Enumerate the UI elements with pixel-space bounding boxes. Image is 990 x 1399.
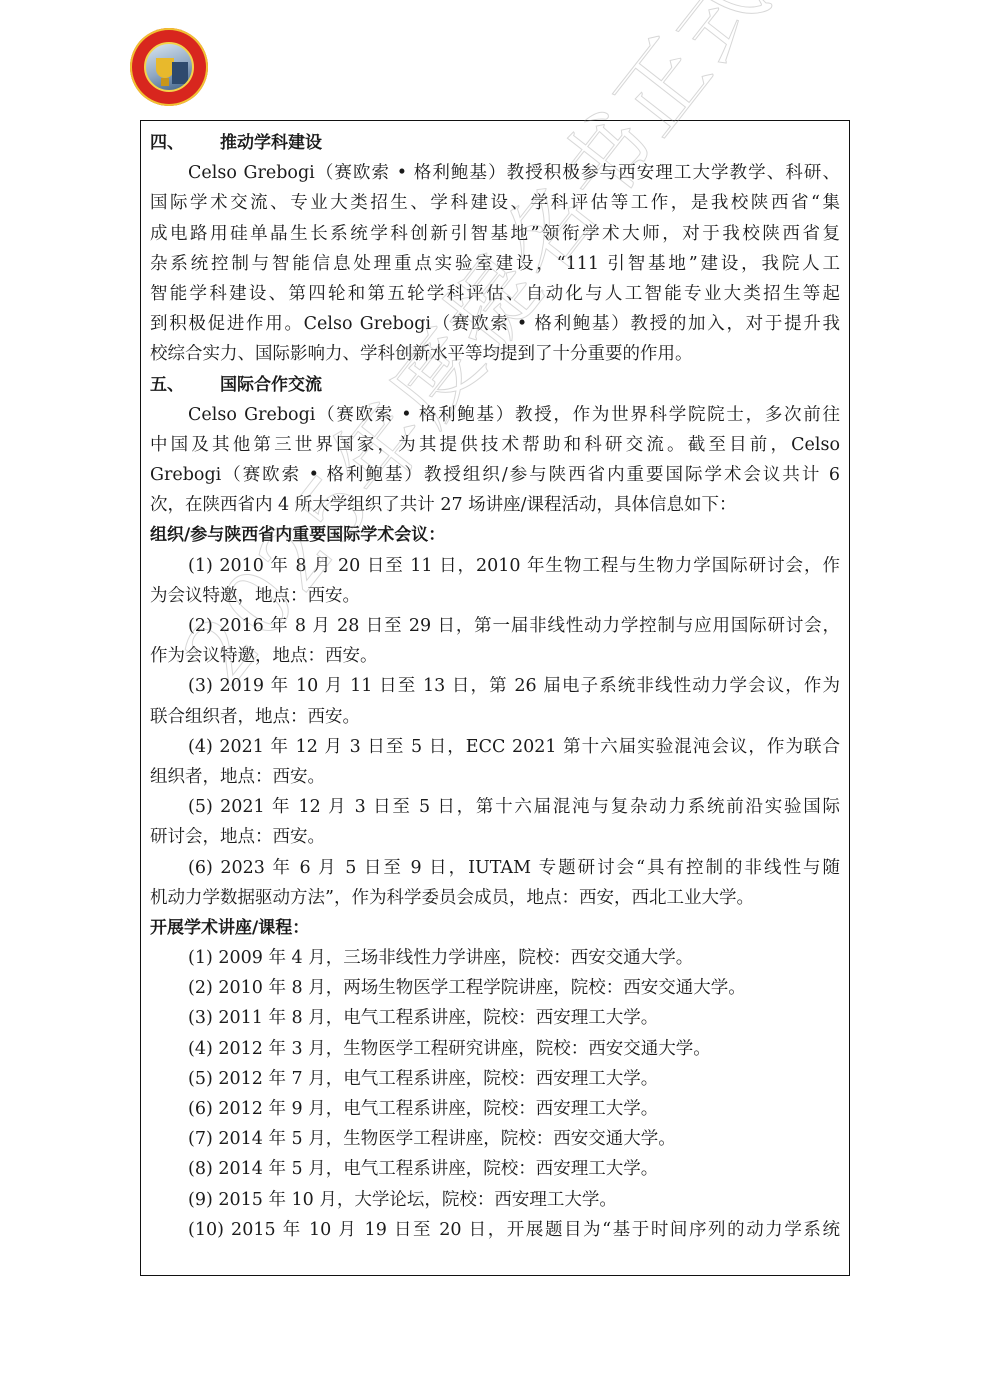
section-heading-5: 五、国际合作交流 xyxy=(150,370,840,400)
section-title: 推动学科建设 xyxy=(220,133,322,153)
conference-item-cont: 为会议特邀，地点：西安。 xyxy=(150,581,840,611)
paragraph-line: 中国及其他第三世界国家，为其提供技术帮助和科研交流。截至目前，Celso xyxy=(150,430,840,460)
lecture-item: (1) 2009 年 4 月，三场非线性力学讲座，院校：西安交通大学。 xyxy=(150,943,840,973)
paragraph-line: Grebogi（赛欧索 • 格利鲍基）教授组织/参与陕西省内重要国际学术会议共计… xyxy=(150,460,840,490)
paragraph-line: 到积极促进作用。Celso Grebogi（赛欧索 • 格利鲍基）教授的加入，对… xyxy=(150,309,840,339)
conference-item: (5) 2021 年 12 月 3 日至 5 日，第十六届混沌与复杂动力系统前沿… xyxy=(150,792,840,822)
lecture-item: (6) 2012 年 9 月，电气工程系讲座，院校：西安理工大学。 xyxy=(150,1094,840,1124)
lecture-item: (4) 2012 年 3 月，生物医学工程研究讲座，院校：西安交通大学。 xyxy=(150,1034,840,1064)
document-body: 四、推动学科建设 Celso Grebogi（赛欧索 • 格利鲍基）教授积极参与… xyxy=(150,128,840,1245)
conferences-heading: 组织/参与陕西省内重要国际学术会议： xyxy=(150,520,840,550)
conference-item: (2) 2016 年 8 月 28 日至 29 日，第一届非线性动力学控制与应用… xyxy=(150,611,840,641)
conference-item-cont: 机动力学数据驱动方法”，作为科学委员会成员，地点：西安，西北工业大学。 xyxy=(150,883,840,913)
conference-item: (3) 2019 年 10 月 11 日至 13 日，第 26 届电子系统非线性… xyxy=(150,671,840,701)
paragraph-line: Celso Grebogi（赛欧索 • 格利鲍基）教授，作为世界科学院院士，多次… xyxy=(150,400,840,430)
building-icon xyxy=(172,62,188,84)
paragraph-line: 次，在陕西省内 4 所大学组织了共计 27 场讲座/课程活动，具体信息如下： xyxy=(150,490,840,520)
logo-emblem xyxy=(144,42,194,92)
paragraph-line: 成电路用硅单晶生长系统学科创新引智基地”领衔学术大师，对于我校陕西省复 xyxy=(150,219,840,249)
lecture-item: (7) 2014 年 5 月，生物医学工程讲座，院校：西安交通大学。 xyxy=(150,1124,840,1154)
conference-item-cont: 作为会议特邀，地点：西安。 xyxy=(150,641,840,671)
trophy-base xyxy=(161,78,169,86)
paragraph-line: 校综合实力、国际影响力、学科创新水平等均提到了十分重要的作用。 xyxy=(150,339,840,369)
lecture-item: (10) 2015 年 10 月 19 日至 20 日，开展题目为“基于时间序列… xyxy=(150,1215,840,1245)
conference-item-cont: 联合组织者，地点：西安。 xyxy=(150,702,840,732)
conference-item: (1) 2010 年 8 月 20 日至 11 日，2010 年生物工程与生物力… xyxy=(150,551,840,581)
conference-item-cont: 研讨会，地点：西安。 xyxy=(150,822,840,852)
paragraph-line: 杂系统控制与智能信息处理重点实验室建设，“111 引智基地”建设，我院人工 xyxy=(150,249,840,279)
section-number: 四、 xyxy=(150,128,220,158)
section-heading-4: 四、推动学科建设 xyxy=(150,128,840,158)
lecture-item: (5) 2012 年 7 月，电气工程系讲座，院校：西安理工大学。 xyxy=(150,1064,840,1094)
organization-logo xyxy=(130,28,208,106)
paragraph-line: 智能学科建设、第四轮和第五轮学科评估、自动化与人工智能专业大类招生等起 xyxy=(150,279,840,309)
conference-item: (6) 2023 年 6 月 5 日至 9 日，IUTAM 专题研讨会“具有控制… xyxy=(150,853,840,883)
paragraph-line: Celso Grebogi（赛欧索 • 格利鲍基）教授积极参与西安理工大学教学、… xyxy=(150,158,840,188)
section-number: 五、 xyxy=(150,370,220,400)
lecture-item: (8) 2014 年 5 月，电气工程系讲座，院校：西安理工大学。 xyxy=(150,1154,840,1184)
lecture-item: (2) 2010 年 8 月，两场生物医学工程学院讲座，院校：西安交通大学。 xyxy=(150,973,840,1003)
paragraph-line: 国际学术交流、专业大类招生、学科建设、学科评估等工作，是我校陕西省“集 xyxy=(150,188,840,218)
lecture-item: (3) 2011 年 8 月，电气工程系讲座，院校：西安理工大学。 xyxy=(150,1003,840,1033)
lecture-item: (9) 2015 年 10 月，大学论坛，院校：西安理工大学。 xyxy=(150,1185,840,1215)
conference-item: (4) 2021 年 12 月 3 日至 5 日，ECC 2021 第十六届实验… xyxy=(150,732,840,762)
section-title: 国际合作交流 xyxy=(220,375,322,395)
lectures-heading: 开展学术讲座/课程： xyxy=(150,913,840,943)
conference-item-cont: 组织者，地点：西安。 xyxy=(150,762,840,792)
